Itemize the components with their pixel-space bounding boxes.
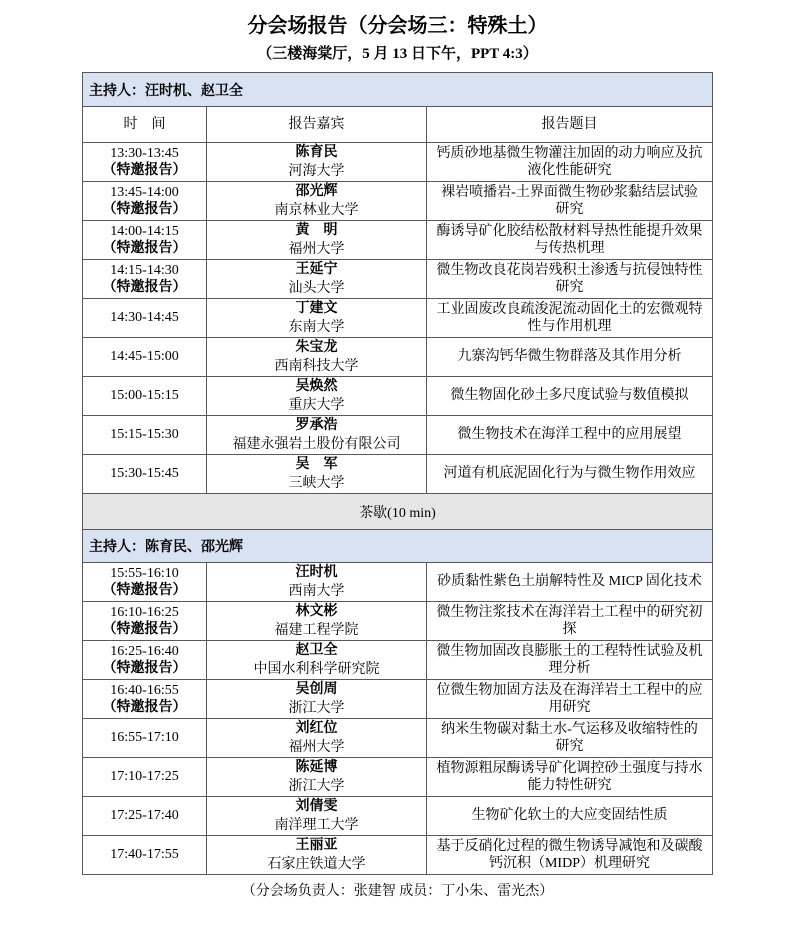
time-text: 17:10-17:25 [110,768,178,786]
time-cell: 13:30-13:45 （特邀报告） [83,143,206,181]
time-cell: 13:45-14:00 （特邀报告） [83,182,206,220]
title-cell: 河道有机底泥固化行为与微生物作用效应 [426,455,712,493]
speaker-name: 邵光辉 [296,183,338,201]
talk-title: 微生物技术在海洋工程中的应用展望 [458,426,682,444]
time-text: 13:30-13:45 [110,145,178,163]
time-text: 15:55-16:10 [110,565,178,583]
talk-title: 九寨沟钙华微生物群落及其作用分析 [458,348,682,366]
speaker-affiliation: 西南科技大学 [275,358,359,376]
invited-note: （特邀报告） [103,582,187,600]
title-cell: 裸岩喷播岩-土界面微生物砂浆黏结层试验研究 [426,182,712,220]
speaker-cell: 王延宁 汕头大学 [206,260,426,298]
col-header-title: 报告题目 [426,107,712,142]
time-cell: 15:30-15:45 [83,455,206,493]
speaker-name: 林文彬 [296,603,338,621]
time-text: 15:00-15:15 [110,387,178,405]
tea-break-label: 茶歇(10 min) [359,502,436,522]
time-cell: 15:15-15:30 [83,416,206,454]
chair-row-1: 主持人：汪时机、赵卫全 [83,73,712,106]
talk-title: 微生物加固改良膨胀土的工程特性试验及机理分析 [435,643,704,678]
speaker-cell: 邵光辉 南京林业大学 [206,182,426,220]
speaker-affiliation: 三峡大学 [289,475,345,493]
talk-title: 位微生物加固方法及在海洋岩土工程中的应用研究 [435,682,704,717]
time-cell: 16:40-16:55 （特邀报告） [83,680,206,718]
speaker-cell: 刘红位 福州大学 [206,719,426,757]
column-header-row: 时 间 报告嘉宾 报告题目 [83,106,712,142]
title-cell: 微生物技术在海洋工程中的应用展望 [426,416,712,454]
speaker-affiliation: 汕头大学 [289,280,345,298]
time-cell: 14:15-14:30 （特邀报告） [83,260,206,298]
speaker-cell: 赵卫全 中国水利科学研究院 [206,641,426,679]
title-cell: 位微生物加固方法及在海洋岩土工程中的应用研究 [426,680,712,718]
invited-note: （特邀报告） [103,660,187,678]
speaker-cell: 刘倩雯 南洋理工大学 [206,797,426,835]
table-row: 15:55-16:10 （特邀报告） 汪时机 西南大学 砂质黏性紫色土崩解特性及… [83,562,712,601]
time-text: 13:45-14:00 [110,184,178,202]
time-cell: 16:55-17:10 [83,719,206,757]
talk-title: 砂质黏性紫色土崩解特性及 MICP 固化技术 [437,573,702,591]
speaker-name: 刘红位 [296,720,338,738]
invited-note: （特邀报告） [103,162,187,180]
speaker-affiliation: 河海大学 [289,163,345,181]
talk-title: 裸岩喷播岩-土界面微生物砂浆黏结层试验研究 [435,184,704,219]
title-cell: 九寨沟钙华微生物群落及其作用分析 [426,338,712,376]
talk-title: 钙质砂地基微生物灌注加固的动力响应及抗液化性能研究 [435,145,704,180]
title-cell: 微生物改良花岗岩残积土渗透与抗侵蚀特性研究 [426,260,712,298]
speaker-affiliation: 福建永强岩土股份有限公司 [233,436,401,454]
speaker-cell: 林文彬 福建工程学院 [206,602,426,640]
speaker-name: 刘倩雯 [296,798,338,816]
speaker-affiliation: 福建工程学院 [275,622,359,640]
col-header-time: 时 间 [83,107,206,142]
talk-title: 河道有机底泥固化行为与微生物作用效应 [444,465,696,483]
speaker-name: 黄 明 [296,222,338,240]
table-row: 15:30-15:45 吴 军 三峡大学 河道有机底泥固化行为与微生物作用效应 [83,454,712,493]
speaker-affiliation: 福州大学 [289,241,345,259]
time-text: 14:30-14:45 [110,309,178,327]
talk-title: 酶诱导矿化胶结松散材料导热性能提升效果与传热机理 [435,223,704,258]
table-row: 16:25-16:40 （特邀报告） 赵卫全 中国水利科学研究院 微生物加固改良… [83,640,712,679]
table-row: 16:10-16:25 （特邀报告） 林文彬 福建工程学院 微生物注浆技术在海洋… [83,601,712,640]
speaker-cell: 王丽亚 石家庄铁道大学 [206,836,426,874]
speaker-cell: 丁建文 东南大学 [206,299,426,337]
page-title: 分会场报告（分会场三：特殊土） [0,0,795,39]
page-subtitle: （三楼海棠厅，5 月 13 日下午，PPT 4:3） [0,42,795,63]
table-row: 15:15-15:30 罗承浩 福建永强岩土股份有限公司 微生物技术在海洋工程中… [83,415,712,454]
invited-note: （特邀报告） [103,240,187,258]
speaker-name: 吴 军 [296,456,338,474]
table-row: 14:00-14:15 （特邀报告） 黄 明 福州大学 酶诱导矿化胶结松散材料导… [83,220,712,259]
time-cell: 17:40-17:55 [83,836,206,874]
speaker-cell: 陈育民 河海大学 [206,143,426,181]
time-cell: 17:25-17:40 [83,797,206,835]
table-row: 17:25-17:40 刘倩雯 南洋理工大学 生物矿化软土的大应变固结性质 [83,796,712,835]
chair-label: 主持人：陈育民、邵光辉 [89,536,243,556]
title-cell: 酶诱导矿化胶结松散材料导热性能提升效果与传热机理 [426,221,712,259]
talk-title: 纳米生物碳对黏土水-气运移及收缩特性的研究 [435,721,704,756]
time-text: 14:45-15:00 [110,348,178,366]
speaker-cell: 吴创周 浙江大学 [206,680,426,718]
title-cell: 植物源粗尿酶诱导矿化调控砂土强度与持水能力特性研究 [426,758,712,796]
talk-title: 微生物注浆技术在海洋岩土工程中的研究初探 [435,604,704,639]
time-text: 16:10-16:25 [110,604,178,622]
time-text: 16:40-16:55 [110,682,178,700]
table-row: 13:30-13:45 （特邀报告） 陈育民 河海大学 钙质砂地基微生物灌注加固… [83,142,712,181]
speaker-affiliation: 南京林业大学 [275,202,359,220]
time-text: 16:25-16:40 [110,643,178,661]
speaker-affiliation: 重庆大学 [289,397,345,415]
title-cell: 钙质砂地基微生物灌注加固的动力响应及抗液化性能研究 [426,143,712,181]
speaker-cell: 吴 军 三峡大学 [206,455,426,493]
speaker-affiliation: 东南大学 [289,319,345,337]
table-row: 14:45-15:00 朱宝龙 西南科技大学 九寨沟钙华微生物群落及其作用分析 [83,337,712,376]
speaker-name: 王延宁 [296,261,338,279]
title-cell: 微生物固化砂土多尺度试验与数值模拟 [426,377,712,415]
time-cell: 16:10-16:25 （特邀报告） [83,602,206,640]
title-cell: 纳米生物碳对黏土水-气运移及收缩特性的研究 [426,719,712,757]
speaker-cell: 罗承浩 福建永强岩土股份有限公司 [206,416,426,454]
document-page: 分会场报告（分会场三：特殊土） （三楼海棠厅，5 月 13 日下午，PPT 4:… [0,0,795,900]
time-cell: 15:00-15:15 [83,377,206,415]
time-text: 14:00-14:15 [110,223,178,241]
speaker-cell: 陈延博 浙江大学 [206,758,426,796]
talk-title: 植物源粗尿酶诱导矿化调控砂土强度与持水能力特性研究 [435,760,704,795]
talk-title: 工业固废改良疏浚泥流动固化土的宏微观特性与作用机理 [435,301,704,336]
time-text: 15:15-15:30 [110,426,178,444]
invited-note: （特邀报告） [103,621,187,639]
speaker-affiliation: 西南大学 [289,583,345,601]
time-cell: 17:10-17:25 [83,758,206,796]
time-text: 16:55-17:10 [110,729,178,747]
col-header-speaker: 报告嘉宾 [206,107,426,142]
title-cell: 微生物加固改良膨胀土的工程特性试验及机理分析 [426,641,712,679]
title-cell: 基于反硝化过程的微生物诱导减饱和及碳酸钙沉积（MIDP）机理研究 [426,836,712,874]
speaker-affiliation: 浙江大学 [289,778,345,796]
speaker-name: 陈延博 [296,759,338,777]
chair-label: 主持人：汪时机、赵卫全 [89,80,243,100]
talk-title: 微生物固化砂土多尺度试验与数值模拟 [451,387,689,405]
time-text: 17:40-17:55 [110,846,178,864]
talk-title: 生物矿化软土的大应变固结性质 [472,807,668,825]
table-row: 14:15-14:30 （特邀报告） 王延宁 汕头大学 微生物改良花岗岩残积土渗… [83,259,712,298]
time-text: 17:25-17:40 [110,807,178,825]
table-row: 17:10-17:25 陈延博 浙江大学 植物源粗尿酶诱导矿化调控砂土强度与持水… [83,757,712,796]
page-footer: （分会场负责人：张建智 成员：丁小朱、雷光杰） [0,880,795,900]
speaker-affiliation: 浙江大学 [289,700,345,718]
table-row: 16:55-17:10 刘红位 福州大学 纳米生物碳对黏土水-气运移及收缩特性的… [83,718,712,757]
speaker-affiliation: 福州大学 [289,739,345,757]
time-text: 15:30-15:45 [110,465,178,483]
time-cell: 16:25-16:40 （特邀报告） [83,641,206,679]
speaker-name: 丁建文 [296,300,338,318]
speaker-affiliation: 石家庄铁道大学 [268,856,366,874]
speaker-name: 陈育民 [296,144,338,162]
speaker-affiliation: 中国水利科学研究院 [254,661,380,679]
speaker-affiliation: 南洋理工大学 [275,817,359,835]
tea-break-row: 茶歇(10 min) [83,493,712,529]
chair-row-2: 主持人：陈育民、邵光辉 [83,529,712,562]
time-cell: 14:30-14:45 [83,299,206,337]
talk-title: 微生物改良花岗岩残积土渗透与抗侵蚀特性研究 [435,262,704,297]
time-text: 14:15-14:30 [110,262,178,280]
speaker-cell: 朱宝龙 西南科技大学 [206,338,426,376]
time-cell: 15:55-16:10 （特邀报告） [83,563,206,601]
speaker-name: 汪时机 [296,564,338,582]
speaker-name: 罗承浩 [296,417,338,435]
title-cell: 生物矿化软土的大应变固结性质 [426,797,712,835]
speaker-name: 赵卫全 [296,642,338,660]
speaker-cell: 黄 明 福州大学 [206,221,426,259]
speaker-name: 王丽亚 [296,837,338,855]
table-row: 14:30-14:45 丁建文 东南大学 工业固废改良疏浚泥流动固化土的宏微观特… [83,298,712,337]
time-cell: 14:00-14:15 （特邀报告） [83,221,206,259]
table-row: 17:40-17:55 王丽亚 石家庄铁道大学 基于反硝化过程的微生物诱导减饱和… [83,835,712,874]
schedule-table: 主持人：汪时机、赵卫全 时 间 报告嘉宾 报告题目 13:30-13:45 （特… [82,72,713,875]
table-row: 13:45-14:00 （特邀报告） 邵光辉 南京林业大学 裸岩喷播岩-土界面微… [83,181,712,220]
title-cell: 砂质黏性紫色土崩解特性及 MICP 固化技术 [426,563,712,601]
talk-title: 基于反硝化过程的微生物诱导减饱和及碳酸钙沉积（MIDP）机理研究 [435,838,704,873]
invited-note: （特邀报告） [103,201,187,219]
speaker-name: 吴创周 [296,681,338,699]
title-cell: 工业固废改良疏浚泥流动固化土的宏微观特性与作用机理 [426,299,712,337]
invited-note: （特邀报告） [103,279,187,297]
table-row: 16:40-16:55 （特邀报告） 吴创周 浙江大学 位微生物加固方法及在海洋… [83,679,712,718]
speaker-name: 朱宝龙 [296,339,338,357]
invited-note: （特邀报告） [103,699,187,717]
table-row: 15:00-15:15 吴焕然 重庆大学 微生物固化砂土多尺度试验与数值模拟 [83,376,712,415]
title-cell: 微生物注浆技术在海洋岩土工程中的研究初探 [426,602,712,640]
speaker-name: 吴焕然 [296,378,338,396]
time-cell: 14:45-15:00 [83,338,206,376]
speaker-cell: 吴焕然 重庆大学 [206,377,426,415]
speaker-cell: 汪时机 西南大学 [206,563,426,601]
